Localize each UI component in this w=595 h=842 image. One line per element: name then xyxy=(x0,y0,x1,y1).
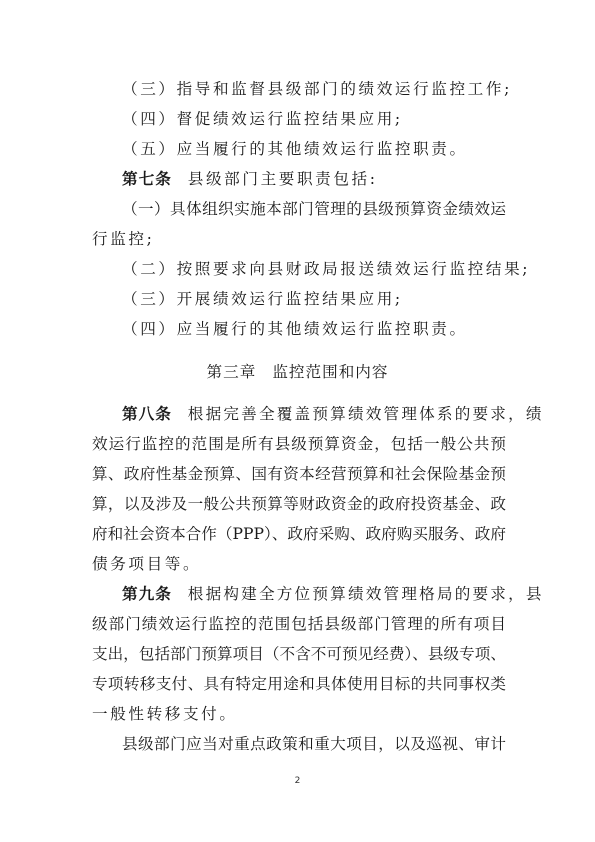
article6-item-4: （四）督促绩效运行监控结果应用; xyxy=(122,109,506,129)
article6-item-5: （五）应当履行的其他绩效运行监控职责。 xyxy=(122,139,506,159)
article7-text: 县级部门主要职责包括: xyxy=(188,170,378,188)
article8-label: 第八条 xyxy=(122,405,172,423)
document-page: （三）指导和监督县级部门的绩效运行监控工作; （四）督促绩效运行监控结果应用; … xyxy=(0,0,595,842)
article9-line-5: 一般性转移支付。 xyxy=(92,704,506,724)
article8-line-3: 算、政府性基金预算、国有资本经营预算和社会保险基金预 xyxy=(92,464,506,484)
article8-line-2: 效运行监控的范围是所有县级预算资金，包括一般公共预 xyxy=(92,434,506,454)
article8-text-1: 根据完善全覆盖预算绩效管理体系的要求，绩 xyxy=(188,405,544,423)
article9-line-1: 第九条根据构建全方位预算绩效管理格局的要求，县 xyxy=(122,584,506,604)
article7-label: 第七条 xyxy=(122,170,172,188)
article8-line-5: 府和社会资本合作（PPP）、政府采购、政府购买服务、政府 xyxy=(92,524,506,544)
chapter-title: 第三章监控范围和内容 xyxy=(0,360,595,382)
article7-item-2: （二）按照要求向县财政局报送绩效运行监控结果; xyxy=(122,259,506,279)
article8-line-6: 债务项目等。 xyxy=(92,554,506,574)
article9-line-2: 级部门绩效运行监控的范围包括县级部门管理的所有项目 xyxy=(92,614,506,634)
page-number: 2 xyxy=(0,776,595,786)
article8-line-4: 算，以及涉及一般公共预算等财政资金的政府投资基金、政 xyxy=(92,494,506,514)
article9-text-1: 根据构建全方位预算绩效管理格局的要求，县 xyxy=(188,585,544,603)
paragraph-last-line: 县级部门应当对重点政策和重大项目，以及巡视、审计 xyxy=(122,734,506,754)
article8-line-1: 第八条根据完善全覆盖预算绩效管理体系的要求，绩 xyxy=(122,404,506,424)
article7-heading: 第七条县级部门主要职责包括: xyxy=(122,169,506,189)
article6-item-3: （三）指导和监督县级部门的绩效运行监控工作; xyxy=(122,79,506,99)
article7-item-1-cont: 行监控; xyxy=(92,229,506,249)
article7-item-3: （三）开展绩效运行监控结果应用; xyxy=(122,289,506,309)
article9-line-3: 支出，包括部门预算项目（不含不可预见经费）、县级专项、 xyxy=(92,644,506,664)
article7-item-1: （一）具体组织实施本部门管理的县级预算资金绩效运 xyxy=(122,199,506,219)
article7-item-4: （四）应当履行的其他绩效运行监控职责。 xyxy=(122,319,506,339)
chapter-name: 监控范围和内容 xyxy=(272,363,388,381)
article9-label: 第九条 xyxy=(122,585,172,603)
article9-line-4: 专项转移支付、具有特定用途和具体使用目标的共同事权类 xyxy=(92,674,506,694)
chapter-number: 第三章 xyxy=(207,363,257,381)
